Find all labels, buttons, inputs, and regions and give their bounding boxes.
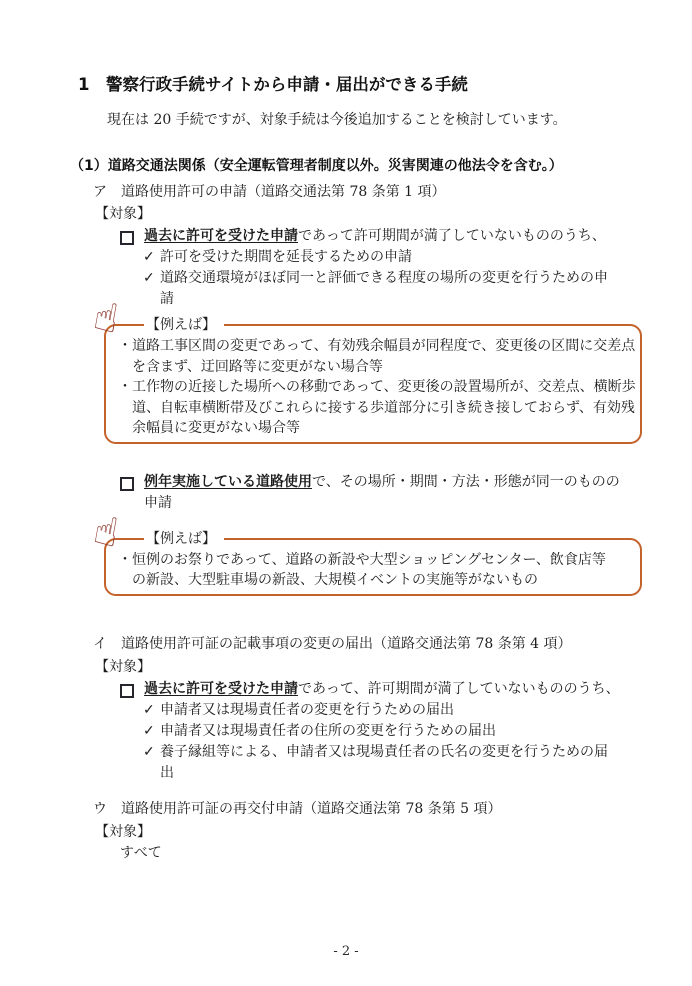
- checkbox-item-text: 例年実施している道路使用で、その場所・期間・方法・形態が同一のものの申請: [144, 472, 630, 514]
- target-label-i: 【対象】: [95, 657, 692, 678]
- check-item: ✓ 申請者又は現場責任者の住所の変更を行うための届出: [143, 721, 692, 742]
- checkbox-item-lead: 例年実施している道路使用: [144, 474, 312, 490]
- check-item: ✓ 申請者又は現場責任者の変更を行うための届出: [143, 700, 692, 721]
- pointing-hand-icon: ☝: [91, 510, 122, 554]
- checkbox-item-rest: であって、許可期間が満了していないもののうち、: [298, 681, 620, 697]
- checkbox-item-lead: 過去に許可を受けた申請: [144, 228, 298, 244]
- target-all-value: すべて: [120, 843, 692, 864]
- checkbox-item-lead: 過去に許可を受けた申請: [144, 681, 298, 697]
- subsection-i-heading: イ 道路使用許可証の記載事項の変更の届出（道路交通法第 78 条第 4 項）: [93, 634, 692, 655]
- checkbox-icon: [120, 684, 134, 698]
- checkbox-item-text: 過去に許可を受けた申請であって許可期間が満了していないもののうち、: [144, 226, 606, 247]
- section-1-heading: （1）道路交通法関係（安全運転管理者制度以外。災害関連の他法令を含む。）: [70, 156, 692, 177]
- intro-text: 現在は 20 手続ですが、対象手続は今後追加することを検討しています。: [107, 110, 692, 131]
- page-number: - 2 -: [0, 941, 692, 962]
- check-item: ✓ 道路交通環境がほぼ同一と評価できる程度の場所の変更を行うための申請: [143, 268, 692, 310]
- checkbox-icon: [120, 231, 134, 245]
- subsection-a-heading: ア 道路使用許可の申請（道路交通法第 78 条第 1 項）: [93, 182, 692, 203]
- example-callout-box-1: ☝ 【例えば】 ・道路工事区間の変更であって、有効残余幅員が同程度で、変更後の区…: [104, 324, 642, 444]
- example-label: 【例えば】: [144, 315, 224, 336]
- checkbox-item-annual-road-use: 例年実施している道路使用で、その場所・期間・方法・形態が同一のものの申請: [120, 472, 692, 514]
- checkbox-item-text: 過去に許可を受けた申請であって、許可期間が満了していないもののうち、: [144, 679, 620, 700]
- page-title: 1 警察行政手続サイトから申請・届出ができる手続: [78, 74, 692, 96]
- target-label-a: 【対象】: [95, 204, 692, 225]
- check-item-text: 許可を受けた期間を延長するための申請: [160, 247, 412, 268]
- check-icon: ✓: [143, 721, 160, 742]
- example-bullet: ・道路工事区間の変更であって、有効残余幅員が同程度で、変更後の区間に交差点を含ま…: [118, 336, 640, 377]
- example-label: 【例えば】: [144, 529, 224, 550]
- pointing-hand-icon: ☝: [91, 296, 122, 340]
- example-callout-box-2: ☝ 【例えば】 ・恒例のお祭りであって、道路の新設や大型ショッピングセンター、飲…: [104, 538, 642, 596]
- check-icon: ✓: [143, 268, 160, 289]
- check-item-text: 道路交通環境がほぼ同一と評価できる程度の場所の変更を行うための申請: [160, 268, 618, 310]
- check-icon: ✓: [143, 700, 160, 721]
- checkbox-item-past-permit-a: 過去に許可を受けた申請であって許可期間が満了していないもののうち、: [120, 226, 692, 247]
- check-item-text: 申請者又は現場責任者の変更を行うための届出: [160, 700, 454, 721]
- checkbox-item-past-permit-i: 過去に許可を受けた申請であって、許可期間が満了していないもののうち、: [120, 679, 692, 700]
- example-bullet: ・工作物の近接した場所への移動であって、変更後の設置場所が、交差点、横断歩道、自…: [118, 377, 640, 439]
- subsection-u-heading: ウ 道路使用許可証の再交付申請（道路交通法第 78 条第 5 項）: [93, 799, 692, 820]
- example-bullet: ・恒例のお祭りであって、道路の新設や大型ショッピングセンター、飲食店等の新設、大…: [118, 550, 612, 591]
- checkbox-icon: [120, 477, 134, 491]
- check-item: ✓ 養子縁組等による、申請者又は現場責任者の氏名の変更を行うための届出: [143, 742, 692, 784]
- check-item: ✓ 許可を受けた期間を延長するための申請: [143, 247, 692, 268]
- check-icon: ✓: [143, 247, 160, 268]
- check-item-text: 申請者又は現場責任者の住所の変更を行うための届出: [160, 721, 496, 742]
- checkbox-item-rest: であって許可期間が満了していないもののうち、: [298, 228, 606, 244]
- target-label-u: 【対象】: [95, 822, 692, 843]
- check-item-text: 養子縁組等による、申請者又は現場責任者の氏名の変更を行うための届出: [160, 742, 618, 784]
- check-icon: ✓: [143, 742, 160, 763]
- document-page: 1 警察行政手続サイトから申請・届出ができる手続 現在は 20 手続ですが、対象…: [0, 0, 692, 986]
